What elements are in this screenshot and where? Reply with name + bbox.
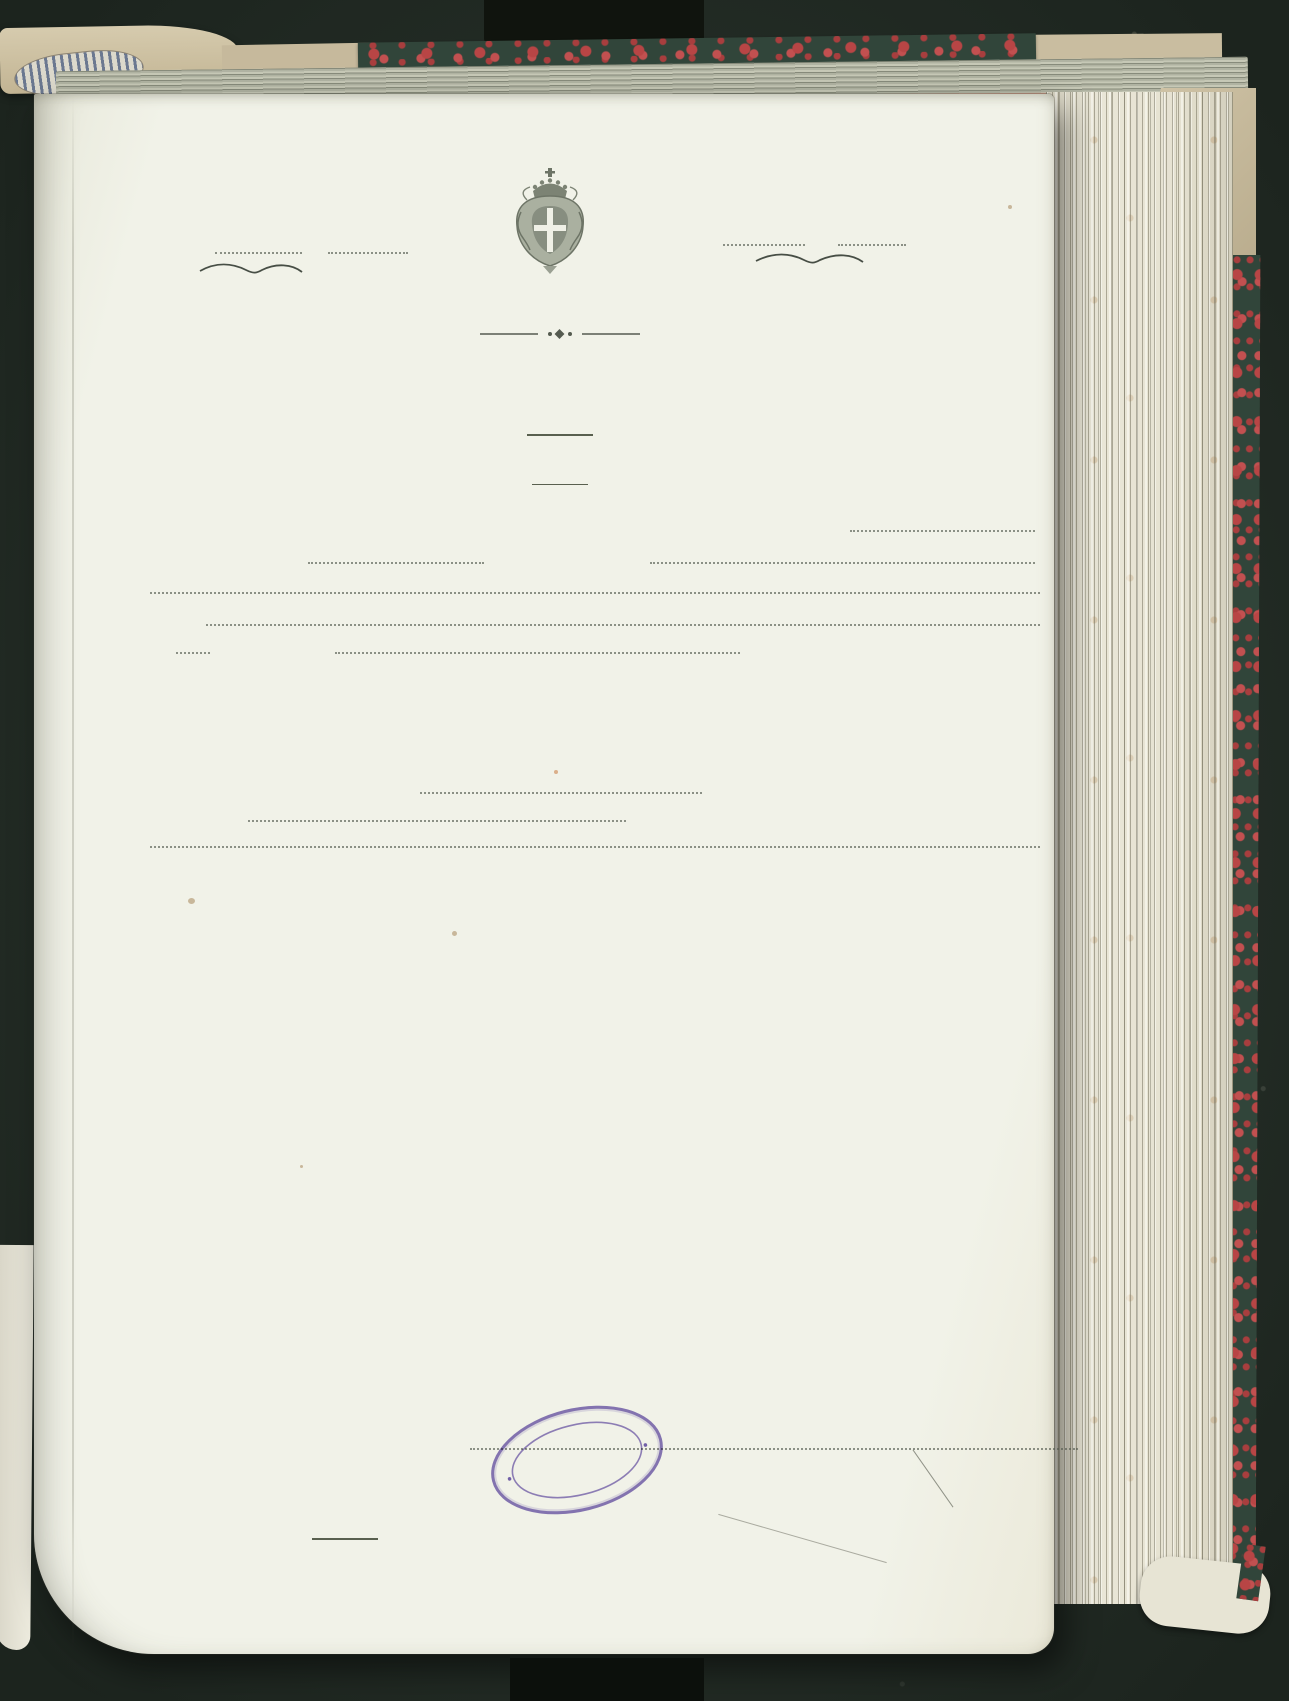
dotted-rule bbox=[248, 820, 626, 822]
dotted-rule bbox=[150, 846, 1040, 848]
dotted-rule bbox=[650, 562, 1035, 564]
flourish-ornament bbox=[196, 260, 306, 278]
ministry-date-stamp bbox=[462, 1390, 692, 1530]
dotted-rule bbox=[206, 624, 1040, 626]
signature-flourish bbox=[913, 1450, 954, 1508]
document-content bbox=[0, 0, 1289, 1701]
divider-rule bbox=[527, 434, 593, 436]
scanned-archive-book-photo bbox=[0, 0, 1289, 1701]
dotted-rule bbox=[328, 252, 408, 254]
dotted-rule bbox=[420, 792, 702, 794]
dotted-rule bbox=[850, 530, 1035, 532]
dotted-rule bbox=[308, 562, 484, 564]
dotted-rule bbox=[150, 592, 1040, 594]
dotted-rule bbox=[215, 252, 302, 254]
flourish-ornament bbox=[752, 250, 867, 268]
dotted-rule bbox=[176, 652, 210, 654]
heading-divider-ornament bbox=[480, 328, 640, 340]
dotted-rule bbox=[335, 652, 740, 654]
divider-rule bbox=[532, 484, 588, 485]
dotted-rule bbox=[723, 244, 805, 246]
imprint-rule bbox=[312, 1538, 378, 1540]
savoy-coat-of-arms-icon bbox=[505, 168, 595, 276]
dotted-rule bbox=[838, 244, 906, 246]
